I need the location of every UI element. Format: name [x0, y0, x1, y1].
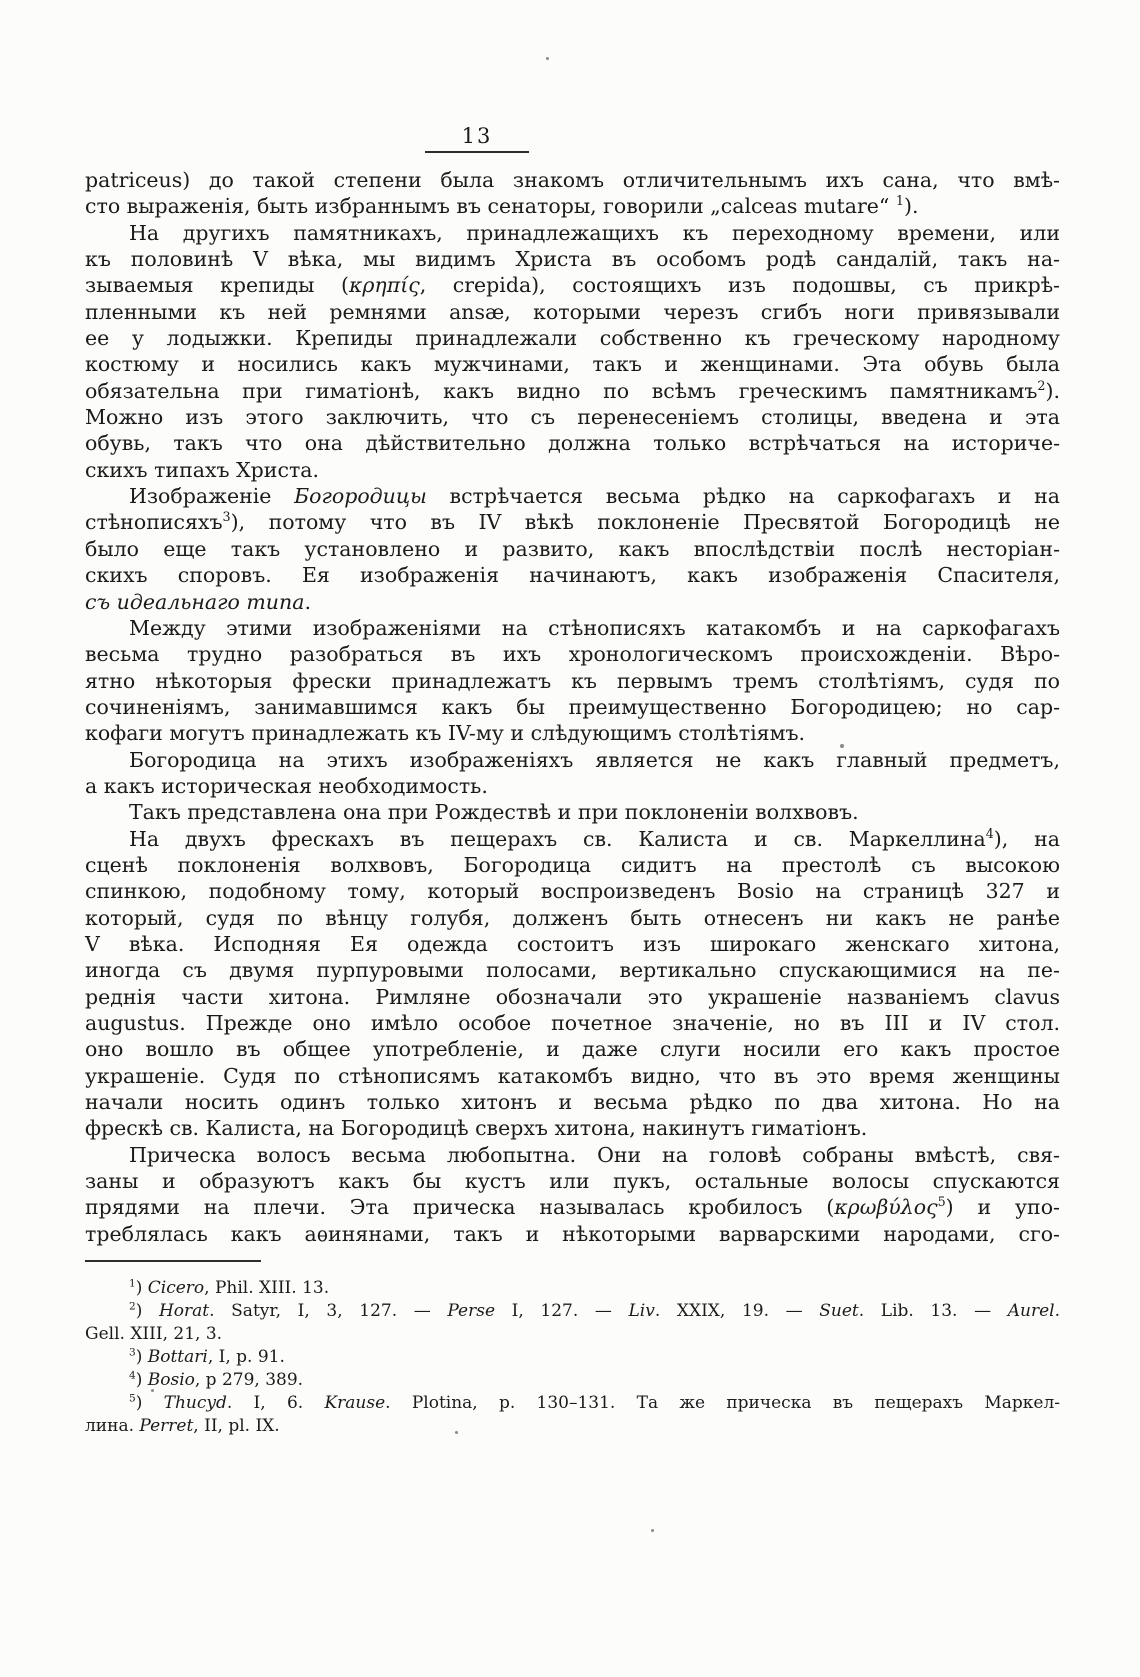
text-line: фрескѣ св. Калиста, на Богородицѣ сверхъ… [85, 1115, 1060, 1141]
text-segment: лина. [85, 1416, 139, 1436]
text-segment: Можно изъ этого заключить, что съ перене… [85, 405, 1060, 429]
text-line: скихъ типахъ Христа. [85, 457, 1060, 483]
text-segment: спинкою, подобному тому, который воспрои… [85, 879, 1060, 903]
text-segment: V вѣка. Исподняя Ея одежда состоитъ изъ … [85, 932, 1060, 956]
footnote-line: лина. Perret, II, pl. IX. [85, 1415, 1060, 1438]
text-line: На другихъ памятникахъ, принадлежащихъ к… [85, 220, 1060, 246]
text-segment: Богородица на этихъ изображеніяхъ являет… [129, 748, 1060, 772]
text-line: Богородица на этихъ изображеніяхъ являет… [85, 747, 1060, 773]
text-segment: , I, p. 91. [208, 1347, 285, 1367]
text-line: зываемыя крепиды (κρηπίς, crepida), сост… [85, 272, 1060, 298]
text-segment: заны и образуютъ какъ бы кустъ или пукъ,… [85, 1169, 1060, 1193]
body-text: patriceus) до такой степени была знакомъ… [85, 167, 1060, 1247]
text-line: сочиненіямъ, занимавшимся какъ бы преиму… [85, 694, 1060, 720]
text-segment: . XXIX, 19. — [655, 1301, 819, 1321]
text-segment: ) [136, 1393, 164, 1413]
paragraph: Такъ представлена она при Рождествѣ и пр… [85, 799, 1060, 825]
scan-speck [651, 1529, 654, 1532]
text-line: украшеніе. Судя по стѣнописямъ катакомбъ… [85, 1063, 1060, 1089]
text-segment: Прическа волосъ весьма любопытна. Они на… [129, 1143, 1060, 1167]
text-segment: обувь, такъ что она дѣйствительно должна… [85, 431, 1060, 455]
text-line: было еще такъ установлено и развито, как… [85, 536, 1060, 562]
text-line: стѣнописяхъ3), потому что въ IV вѣкѣ пок… [85, 509, 1060, 535]
text-line: реднія части хитона. Римляне обозначали … [85, 984, 1060, 1010]
footnote-marker: 2 [129, 1300, 136, 1312]
text-segment: а какъ историческая необходимость. [85, 774, 488, 798]
text-segment: встрѣчается весьма рѣдко на саркофагахъ … [427, 484, 1060, 508]
text-segment: Thucyd [164, 1393, 227, 1413]
text-segment: иногда съ двумя пурпуровыми полосами, ве… [85, 958, 1060, 982]
paragraph: Изображеніе Богородицы встрѣчается весьм… [85, 483, 1060, 615]
footnotes: 1) Cicero, Phil. XIII. 13.2) Horat. Saty… [85, 1277, 1060, 1438]
text-line: кофаги могутъ принадлежать къ IV-му и сл… [85, 720, 1060, 746]
text-segment: , p 279, 389. [195, 1370, 303, 1390]
text-segment: Horat [159, 1301, 209, 1321]
text-segment: къ половинѣ V вѣка, мы видимъ Христа въ … [85, 247, 1060, 271]
text-segment: , II, pl. IX. [193, 1416, 279, 1436]
text-segment: κρωβύλος [834, 1195, 937, 1219]
text-line: къ половинѣ V вѣка, мы видимъ Христа въ … [85, 246, 1060, 272]
text-segment: ) [136, 1278, 148, 1298]
footnote-marker: 5 [938, 1195, 946, 1210]
footnote-line: 3) Bottari, I, p. 91. [85, 1346, 1060, 1369]
footnote-separator [85, 1260, 261, 1262]
text-line: заны и образуютъ какъ бы кустъ или пукъ,… [85, 1168, 1060, 1194]
text-segment: костюму и носились какъ мужчинами, такъ … [85, 352, 1060, 376]
text-segment: ), на [994, 827, 1060, 851]
text-segment: оно вошло въ общее употребленіе, и даже … [85, 1037, 1060, 1061]
paragraph: На двухъ фрескахъ въ пещерахъ св. Калист… [85, 826, 1060, 1142]
footnote: 3) Bottari, I, p. 91. [85, 1346, 1060, 1369]
text-line: patriceus) до такой степени была знакомъ… [85, 167, 1060, 193]
text-line: augustus. Прежде оно имѣло особое почетн… [85, 1010, 1060, 1036]
text-segment: Liv [629, 1301, 655, 1321]
footnote-marker: 3 [129, 1346, 136, 1358]
text-segment: Bottari [148, 1347, 208, 1367]
text-line: спинкою, подобному тому, который воспрои… [85, 878, 1060, 904]
text-segment: Perse [447, 1301, 495, 1321]
text-segment: который, судя по вѣнцу голубя, долженъ б… [85, 906, 1060, 930]
text-segment: стѣнописяхъ [85, 510, 223, 534]
text-segment: I, 127. — [495, 1301, 628, 1321]
text-segment: Изображеніе [129, 484, 294, 508]
scan-speck [151, 1389, 154, 1392]
text-segment: . [304, 590, 311, 614]
text-segment: кофаги могутъ принадлежать къ IV-му и сл… [85, 721, 805, 745]
text-segment: . Plotina, p. 130–131. Та же прическа въ… [385, 1393, 1060, 1413]
paragraph: Прическа волосъ весьма любопытна. Они на… [85, 1142, 1060, 1247]
text-line: скихъ споровъ. Ея изображенія начинаютъ,… [85, 562, 1060, 588]
text-line: Можно изъ этого заключить, что съ перене… [85, 404, 1060, 430]
text-segment: Между этими изображеніями на стѣнописяхъ… [129, 616, 1060, 640]
text-line: сценѣ поклоненія волхвовъ, Богородица си… [85, 852, 1060, 878]
text-line: Между этими изображеніями на стѣнописяхъ… [85, 615, 1060, 641]
text-segment: patriceus) до такой степени была знакомъ… [85, 168, 1060, 192]
footnote-marker: 4 [986, 826, 994, 841]
paragraph: На другихъ памятникахъ, принадлежащихъ к… [85, 220, 1060, 483]
text-segment: Cicero [148, 1278, 204, 1298]
text-segment: Такъ представлена она при Рождествѣ и пр… [129, 800, 859, 824]
text-line: Прическа волосъ весьма любопытна. Они на… [85, 1142, 1060, 1168]
footnote-marker: 4 [129, 1369, 136, 1381]
text-segment: На другихъ памятникахъ, принадлежащихъ к… [129, 221, 1060, 245]
text-segment: ). [1045, 379, 1060, 403]
text-segment: фрескѣ св. Калиста, на Богородицѣ сверхъ… [85, 1116, 867, 1140]
text-line: V вѣка. Исподняя Ея одежда состоитъ изъ … [85, 931, 1060, 957]
scanned-book-page: 13 patriceus) до такой степени была знак… [0, 0, 1140, 1677]
text-segment: κρηπίς [349, 273, 420, 297]
text-segment: Perret [139, 1416, 193, 1436]
text-segment: сто выраженія, быть избраннымъ въ сенато… [85, 194, 896, 218]
paragraph: Богородица на этихъ изображеніяхъ являет… [85, 747, 1060, 800]
text-segment: На двухъ фрескахъ въ пещерахъ св. Калист… [129, 827, 986, 851]
text-segment: сценѣ поклоненія волхвовъ, Богородица си… [85, 853, 1060, 877]
text-segment: ) [136, 1370, 148, 1390]
text-segment: Bosio [148, 1370, 195, 1390]
text-segment: . Lib. 13. — [859, 1301, 1008, 1321]
text-segment: было еще такъ установлено и развито, как… [85, 537, 1060, 561]
text-line: ее у лодыжки. Крепиды принадлежали собст… [85, 325, 1060, 351]
footnote-marker: 1 [896, 194, 904, 209]
text-line: На двухъ фрескахъ въ пещерахъ св. Калист… [85, 826, 1060, 852]
text-line: съ идеальнаго типа. [85, 589, 1060, 615]
text-segment: Suet [819, 1301, 859, 1321]
text-segment: Богородицы [294, 484, 427, 508]
page-number-value: 13 [462, 124, 493, 148]
text-segment: сочиненіямъ, занимавшимся какъ бы преиму… [85, 695, 1060, 719]
text-segment: ятно нѣкоторыя фрески принадлежатъ къ пе… [85, 669, 1060, 693]
text-line: прядями на плечи. Эта прическа называлас… [85, 1194, 1060, 1220]
text-segment: , Phil. XIII. 13. [204, 1278, 329, 1298]
text-segment: пленными къ ней ремнями ansæ, которыми ч… [85, 300, 1060, 324]
text-segment: съ идеальнаго типа [85, 590, 304, 614]
text-segment: Krause [324, 1393, 385, 1413]
footnote-line: 4) Bosio, p 279, 389. [85, 1369, 1060, 1392]
text-segment: реднія части хитона. Римляне обозначали … [85, 985, 1060, 1009]
text-segment: . [1055, 1301, 1060, 1321]
text-segment: ее у лодыжки. Крепиды принадлежали собст… [85, 326, 1060, 350]
text-line: иногда съ двумя пурпуровыми полосами, ве… [85, 957, 1060, 983]
text-segment: треблялась какъ аѳинянами, такъ и нѣкото… [85, 1222, 1060, 1246]
scan-speck [840, 744, 844, 748]
footnote: 2) Horat. Satyr, I, 3, 127. — Perse I, 1… [85, 1300, 1060, 1346]
footnote: 1) Cicero, Phil. XIII. 13. [85, 1277, 1060, 1300]
text-line: начали носить одинъ только хитонъ и весь… [85, 1089, 1060, 1115]
text-line: обязательна при гиматіонѣ, какъ видно по… [85, 378, 1060, 404]
text-line: весьма трудно разобраться въ ихъ хроноло… [85, 641, 1060, 667]
text-segment: . I, 6. [227, 1393, 325, 1413]
paragraph: patriceus) до такой степени была знакомъ… [85, 167, 1060, 220]
footnote-line: Gell. XIII, 21, 3. [85, 1323, 1060, 1346]
text-segment: скихъ споровъ. Ея изображенія начинаютъ,… [85, 563, 1060, 587]
footnote: 5) Thucyd. I, 6. Krause. Plotina, p. 130… [85, 1392, 1060, 1438]
text-line: обувь, такъ что она дѣйствительно должна… [85, 430, 1060, 456]
scan-speck [455, 1431, 458, 1434]
text-line: костюму и носились какъ мужчинами, такъ … [85, 351, 1060, 377]
text-segment: зываемыя крепиды ( [85, 273, 349, 297]
text-segment: весьма трудно разобраться въ ихъ хроноло… [85, 642, 1060, 666]
text-line: пленными къ ней ремнями ansæ, которыми ч… [85, 299, 1060, 325]
text-line: а какъ историческая необходимость. [85, 773, 1060, 799]
text-segment: скихъ типахъ Христа. [85, 458, 319, 482]
footnote-line: 1) Cicero, Phil. XIII. 13. [85, 1277, 1060, 1300]
text-segment: обязательна при гиматіонѣ, какъ видно по… [85, 379, 1037, 403]
text-segment: , crepida), состоящихъ изъ подошвы, съ п… [420, 273, 1060, 297]
text-segment: augustus. Прежде оно имѣло особое почетн… [85, 1011, 1060, 1035]
text-line: треблялась какъ аѳинянами, такъ и нѣкото… [85, 1221, 1060, 1247]
text-line: ятно нѣкоторыя фрески принадлежатъ къ пе… [85, 668, 1060, 694]
paragraph: Между этими изображеніями на стѣнописяхъ… [85, 615, 1060, 747]
text-line: Изображеніе Богородицы встрѣчается весьм… [85, 483, 1060, 509]
footnote-line: 2) Horat. Satyr, I, 3, 127. — Perse I, 1… [85, 1300, 1060, 1323]
text-line: сто выраженія, быть избраннымъ въ сенато… [85, 193, 1060, 219]
text-segment: ), потому что въ IV вѣкѣ поклоненіе Прес… [231, 510, 1060, 534]
scan-speck [546, 57, 549, 60]
text-segment: Gell. XIII, 21, 3. [85, 1324, 222, 1344]
text-line: Такъ представлена она при Рождествѣ и пр… [85, 799, 1060, 825]
footnote-marker: 3 [223, 510, 231, 525]
text-segment: ). [904, 194, 919, 218]
text-segment: начали носить одинъ только хитонъ и весь… [85, 1090, 1060, 1114]
text-segment: ) [136, 1301, 159, 1321]
footnote-line: 5) Thucyd. I, 6. Krause. Plotina, p. 130… [85, 1392, 1060, 1415]
page-number: 13 [425, 124, 529, 153]
text-segment: украшеніе. Судя по стѣнописямъ катакомбъ… [85, 1064, 1060, 1088]
text-segment: ) и упо- [946, 1195, 1060, 1219]
footnote-marker: 5 [129, 1392, 136, 1404]
text-segment: . Satyr, I, 3, 127. — [209, 1301, 447, 1321]
text-segment: ) [136, 1347, 148, 1367]
text-segment: прядями на плечи. Эта прическа называлас… [85, 1195, 834, 1219]
footnote-marker: 1 [129, 1277, 136, 1289]
footnote: 4) Bosio, p 279, 389. [85, 1369, 1060, 1392]
text-segment: Aurel [1008, 1301, 1055, 1321]
text-line: который, судя по вѣнцу голубя, долженъ б… [85, 905, 1060, 931]
text-line: оно вошло въ общее употребленіе, и даже … [85, 1036, 1060, 1062]
